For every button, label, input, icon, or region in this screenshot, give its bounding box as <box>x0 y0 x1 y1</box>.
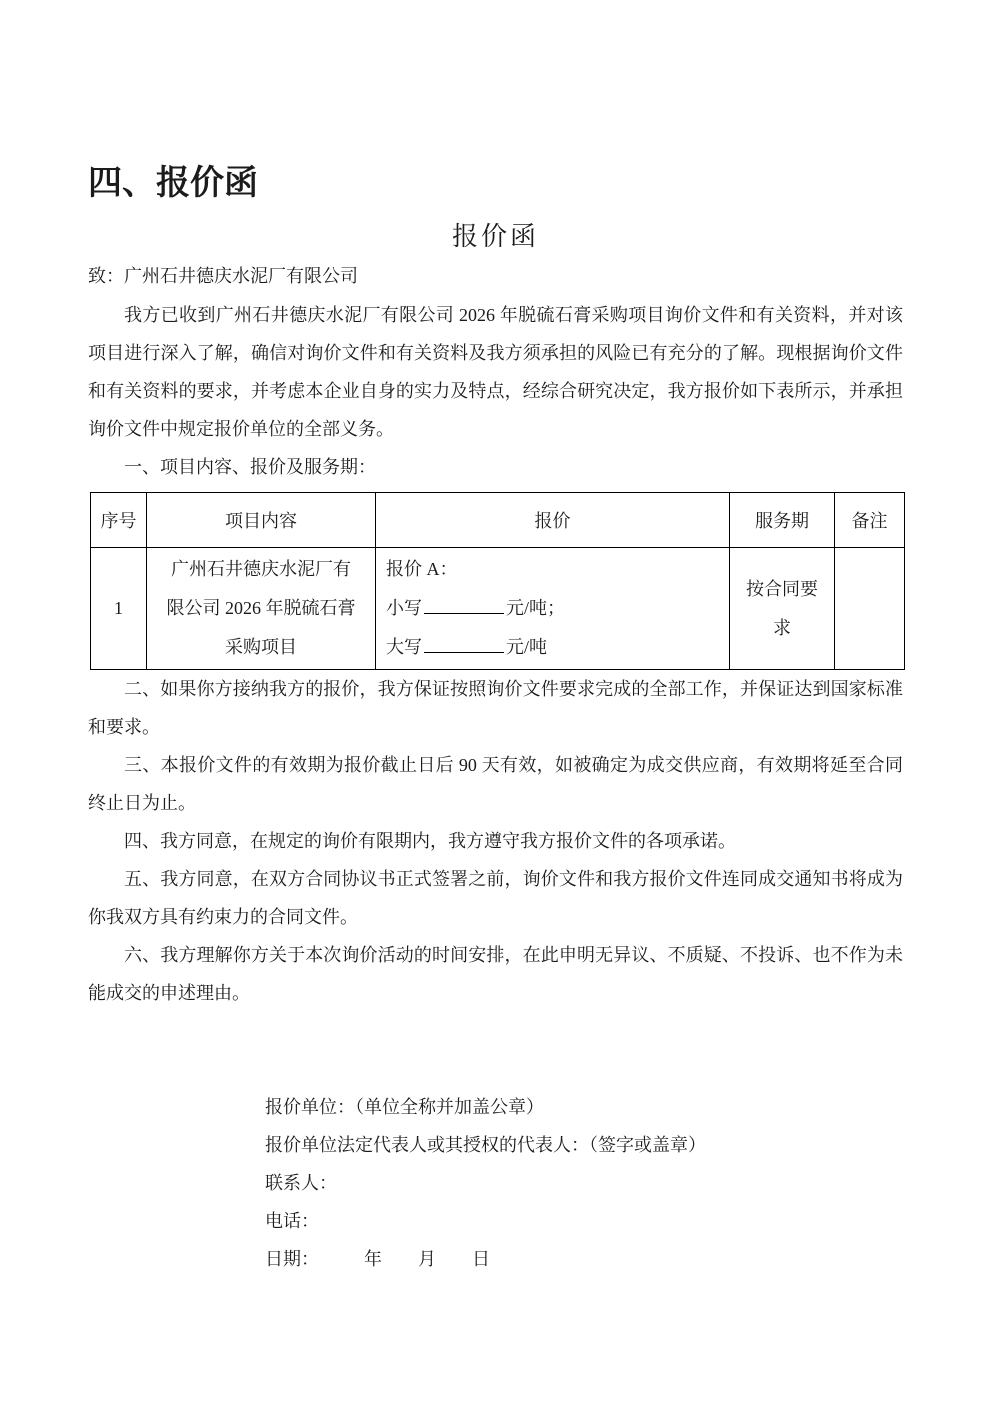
quote-capital-blank <box>424 633 504 653</box>
header-remark: 备注 <box>835 493 905 548</box>
table-row: 1 广州石井德庆水泥厂有 限公司 2026 年脱硫石膏 采购项目 报价 A： 小… <box>91 548 905 670</box>
signature-phone-line: 电话： <box>265 1202 903 1240</box>
header-project: 项目内容 <box>147 493 376 548</box>
clause-3: 三、本报价文件的有效期为报价截止日后 90 天有效，如被确定为成交供应商，有效期… <box>88 746 903 822</box>
document-heading: 四、报价函 <box>88 162 903 206</box>
quotation-table: 序号 项目内容 报价 服务期 备注 1 广州石井德庆水泥厂有 限公司 2026 … <box>90 492 905 670</box>
remark-cell <box>835 548 905 670</box>
service-period-cell: 按合同要 求 <box>730 548 835 670</box>
quote-capital-unit: 元/吨 <box>506 637 547 657</box>
quote-capital-line: 大写元/吨 <box>386 628 721 667</box>
quote-small-blank <box>424 594 504 614</box>
header-quote: 报价 <box>376 493 730 548</box>
quote-small-unit: 元/吨； <box>506 598 565 618</box>
project-cell: 广州石井德庆水泥厂有 限公司 2026 年脱硫石膏 采购项目 <box>147 548 376 670</box>
signature-contact-line: 联系人： <box>265 1164 903 1202</box>
signature-representative-line: 报价单位法定代表人或其授权的代表人：（签字或盖章） <box>265 1126 903 1164</box>
header-seq: 序号 <box>91 493 147 548</box>
signature-unit-line: 报价单位：（单位全称并加盖公章） <box>265 1088 903 1126</box>
section-1-heading: 一、项目内容、报价及服务期： <box>88 448 903 486</box>
recipient-line: 致：广州石井德庆水泥厂有限公司 <box>88 260 903 292</box>
quote-title-line: 报价 A： <box>386 550 721 589</box>
signature-date-line: 日期： 年 月 日 <box>265 1240 903 1278</box>
header-service-period: 服务期 <box>730 493 835 548</box>
signature-block: 报价单位：（单位全称并加盖公章） 报价单位法定代表人或其授权的代表人：（签字或盖… <box>265 1088 903 1278</box>
intro-paragraph: 我方已收到广州石井德庆水泥厂有限公司 2026 年脱硫石膏采购项目询价文件和有关… <box>88 296 903 448</box>
clause-6: 六、我方理解你方关于本次询价活动的时间安排，在此申明无异议、不质疑、不投诉、也不… <box>88 936 903 1012</box>
document-subtitle: 报价函 <box>88 220 903 254</box>
quote-capital-label: 大写 <box>386 637 422 657</box>
quotation-table-header: 序号 项目内容 报价 服务期 备注 <box>91 493 905 548</box>
quotation-table-body: 1 广州石井德庆水泥厂有 限公司 2026 年脱硫石膏 采购项目 报价 A： 小… <box>91 548 905 670</box>
document-page: 四、报价函 报价函 致：广州石井德庆水泥厂有限公司 我方已收到广州石井德庆水泥厂… <box>0 0 992 1403</box>
quote-small-line: 小写元/吨； <box>386 589 721 628</box>
clause-5: 五、我方同意，在双方合同协议书正式签署之前，询价文件和我方报价文件连同成交通知书… <box>88 860 903 936</box>
clause-4: 四、我方同意，在规定的询价有限期内，我方遵守我方报价文件的各项承诺。 <box>88 822 903 860</box>
table-header-row: 序号 项目内容 报价 服务期 备注 <box>91 493 905 548</box>
quote-small-label: 小写 <box>386 598 422 618</box>
clause-2: 二、如果你方接纳我方的报价，我方保证按照询价文件要求完成的全部工作，并保证达到国… <box>88 670 903 746</box>
quote-cell: 报价 A： 小写元/吨； 大写元/吨 <box>376 548 730 670</box>
seq-cell: 1 <box>91 548 147 670</box>
